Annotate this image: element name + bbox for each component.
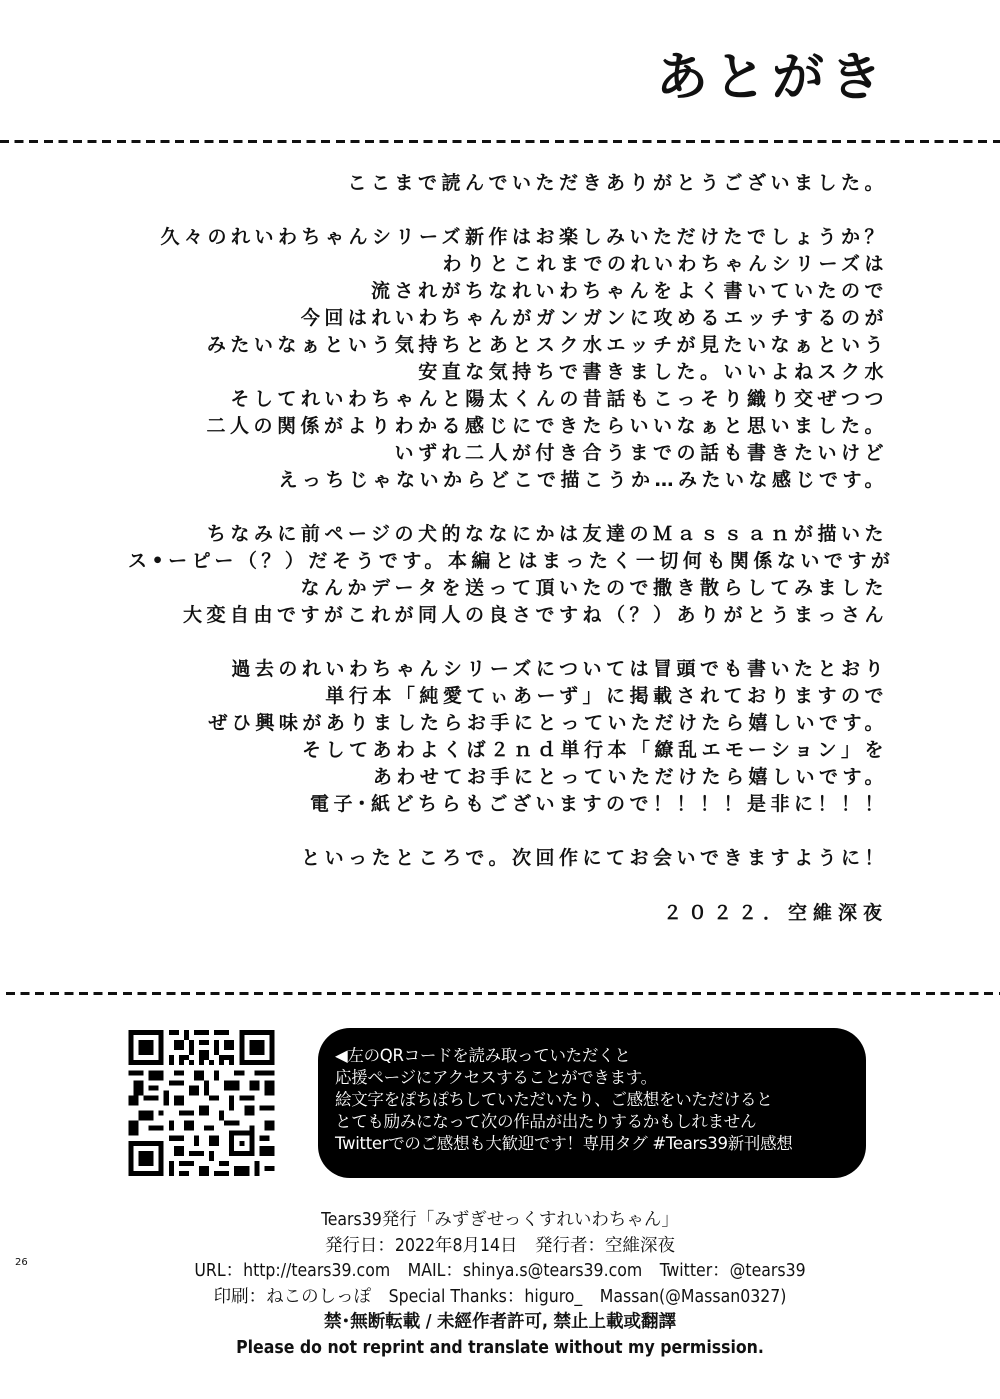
afterword-line: ぜひ興味がありましたらお手にとっていただけたら嬉しいです。 <box>128 710 888 737</box>
qr-code-icon[interactable] <box>127 1030 276 1176</box>
qr-notice-bubble: ◀左のQRコードを読み取っていただくと 応援ページにアクセスすることができます。… <box>318 1028 866 1178</box>
qr-notice-line: 絵文字をぽちぽちしていただいたり、ご感想をいただけると <box>335 1089 866 1111</box>
paragraph-gap <box>128 197 888 224</box>
qr-notice-line: ◀左のQRコードを読み取っていただくと <box>335 1045 866 1067</box>
qr-notice-line: 応援ページにアクセスすることができます。 <box>335 1067 866 1089</box>
afterword-line: 久々のれいわちゃんシリーズ新作はお楽しみいただけたでしょうか？ <box>128 224 888 251</box>
afterword-line: あわせてお手にとっていただけたら嬉しいです。 <box>128 764 888 791</box>
afterword-line: 二人の関係がよりわかる感じにできたらいいなぁと思いました。 <box>128 413 888 440</box>
afterword-line: ここまで読んでいただきありがとうございました。 <box>128 170 888 197</box>
colophon: Tears39発行「みずぎせっくすれいわちゃん」 発行日：2022年8月14日 … <box>0 1208 1000 1361</box>
dashed-divider-bottom <box>6 992 1000 995</box>
colophon-title: Tears39発行「みずぎせっくすれいわちゃん」 <box>0 1208 1000 1234</box>
afterword-line: いずれ二人が付き合うまでの話も書きたいけど <box>128 440 888 467</box>
reprint-notice-jp: 禁･無断転載 / 未經作者許可, 禁止上載或翻譯 <box>0 1310 1000 1336</box>
afterword-line: 大変自由ですがこれが同人の良さですね（？）ありがとうまっさん <box>128 602 888 629</box>
afterword-line: みたいなぁという気持ちとあとスク水エッチが見たいなぁという <box>128 332 888 359</box>
afterword-line: そしてあわよくば２ｎｄ単行本「繚乱エモーション」を <box>128 737 888 764</box>
paragraph-gap <box>128 494 888 521</box>
afterword-line: なんかデータを送って頂いたので撒き散らしてみました <box>128 575 888 602</box>
afterword-body: ここまで読んでいただきありがとうございました。 久々のれいわちゃんシリーズ新作は… <box>128 170 888 872</box>
colophon-date: 発行日：2022年8月14日 発行者：空維深夜 <box>0 1234 1000 1260</box>
qr-notice-line: とても励みになって次の作品が出たりするかもしれません <box>335 1111 866 1133</box>
afterword-line: 安直な気持ちで書きました。いいよねスク水 <box>128 359 888 386</box>
afterword-line: えっちじゃないからどこで描こうか…みたいな感じです。 <box>128 467 888 494</box>
colophon-thanks: 印刷：ねこのしっぽ Special Thanks：higuro_ Massan(… <box>0 1285 1000 1311</box>
dashed-divider-top <box>0 140 1000 143</box>
afterword-line: 流されがちなれいわちゃんをよく書いていたので <box>128 278 888 305</box>
colophon-contact: URL：http://tears39.com MAIL：shinya.s@tea… <box>0 1259 1000 1285</box>
paragraph-gap <box>128 629 888 656</box>
afterword-line: そしてれいわちゃんと陽太くんの昔話もこっそり織り交ぜつつ <box>128 386 888 413</box>
afterword-line: 電子･紙どちらもございますので！！！！是非に！！！ <box>128 791 888 818</box>
reprint-notice-en: Please do not reprint and translate with… <box>0 1336 1000 1362</box>
afterword-line: ちなみに前ページの犬的ななにかは友達のＭａｓｓａｎが描いた <box>128 521 888 548</box>
signature: ２０２２．空維深夜 <box>663 900 888 927</box>
afterword-line: 単行本「純愛てぃあーず」に掲載されておりますので <box>128 683 888 710</box>
page-title: あとがき <box>656 52 888 104</box>
paragraph-gap <box>128 818 888 845</box>
page-number: 26 <box>15 1257 23 1268</box>
afterword-line: わりとこれまでのれいわちゃんシリーズは <box>128 251 888 278</box>
afterword-line: ス•ーピー（？）だそうです。本編とはまったく一切何も関係ないですが <box>128 548 888 575</box>
afterword-line: といったところで。次回作にてお会いできますように！ <box>128 845 888 872</box>
qr-notice-line: Twitterでのご感想も大歓迎です！専用タグ #Tears39新刊感想 <box>335 1133 866 1155</box>
afterword-line: 過去のれいわちゃんシリーズについては冒頭でも書いたとおり <box>128 656 888 683</box>
afterword-line: 今回はれいわちゃんがガンガンに攻めるエッチするのが <box>128 305 888 332</box>
